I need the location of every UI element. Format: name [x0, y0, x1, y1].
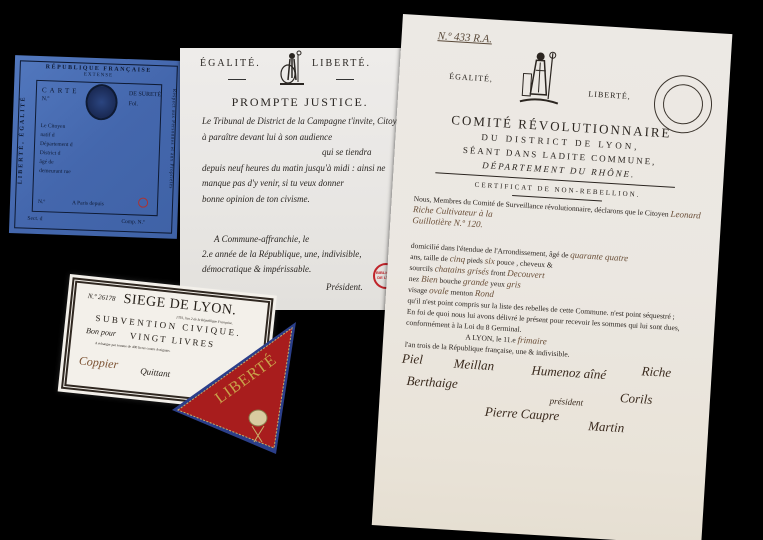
signature: Piel	[401, 351, 423, 368]
cert-yeux: gris	[506, 279, 521, 290]
card-field: demeurant rue	[39, 167, 72, 177]
card-carte-label: CARTE	[42, 86, 80, 95]
cert-signatures: Piel Meillan Humenoz aîné Riche Berthaig…	[388, 350, 702, 449]
justice-signature: Président.	[326, 282, 363, 292]
prompte-justice-document: ÉGALITÉ. LIBERTÉ. PROMPTE JUSTICE. Le Tr…	[180, 48, 420, 310]
signature: Corils	[619, 390, 652, 408]
cert-liberte: LIBERTÉ,	[588, 89, 631, 101]
signature: Berthaige	[406, 373, 458, 392]
justice-body-line: qui se tiendra	[202, 145, 408, 161]
cert-pieds-label: pieds	[467, 255, 483, 265]
card-sect-label: Sect. d	[27, 216, 42, 223]
cert-bouche-label: bouche	[439, 276, 461, 286]
divider	[228, 79, 246, 80]
card-fields: Le Citoyen natif d Département d Distric…	[39, 122, 73, 177]
card-paris-label: A Paris depuis	[72, 200, 104, 207]
signature: Humenoz aîné	[531, 363, 607, 384]
signature: Riche	[641, 363, 672, 381]
liberty-figure-icon	[276, 50, 306, 88]
cert-menton: Rond	[475, 288, 495, 299]
cert-menton-label: menton	[450, 287, 473, 297]
cert-visage: ovale	[429, 285, 449, 296]
cert-date-month: frimaire	[517, 335, 547, 347]
justice-title: PROMPTE JUSTICE.	[180, 95, 420, 110]
cert-nez: Bien	[421, 274, 438, 285]
cert-egalite: ÉGALITÉ,	[449, 72, 493, 84]
cert-sourcils-label: sourcils	[409, 263, 433, 273]
cert-taille: cinq	[449, 253, 465, 264]
justice-body: Le Tribunal de District de la Campagne t…	[202, 114, 408, 207]
justice-body-line: depuis neuf heures du matin jusqu'à midi…	[202, 161, 408, 192]
card-number-label: N.º	[42, 96, 50, 102]
card-surete-label: DE SURETÉ	[129, 91, 161, 98]
cert-nez-label: nez	[409, 274, 420, 284]
cert-pouces: six	[484, 255, 495, 266]
card-fol-label: Fol.	[128, 101, 138, 107]
carte-de-surete-card: RÉPUBLIQUE FRANÇAISE EXTENSE LIBERTÉ, ÉG…	[9, 55, 183, 239]
justice-closing-line: 2.e année de la République, une, indivis…	[202, 247, 408, 262]
justice-liberte: LIBERTÉ.	[312, 58, 371, 69]
cockade-triangle-icon: LIBERTÉ	[168, 318, 310, 458]
certificat-non-rebellion: N.º 433 R.A. ÉGALITÉ, LIBERTÉ, COMITÉ RÉ…	[372, 14, 733, 540]
liberty-figure-icon	[518, 49, 563, 109]
divider	[336, 79, 354, 80]
document-collection: RÉPUBLIQUE FRANÇAISE EXTENSE LIBERTÉ, ÉG…	[0, 0, 763, 540]
card-no2-label: N.º	[38, 199, 45, 205]
justice-body-line: bonne opinion de ton civisme.	[202, 192, 408, 208]
signature: président	[549, 396, 583, 408]
cert-front-label: front	[490, 268, 505, 278]
cert-bouche: grande	[463, 276, 489, 288]
signature: Martin	[588, 418, 625, 436]
cert-yeux-label: yeux	[490, 279, 505, 289]
liberte-cockade: LIBERTÉ	[168, 318, 310, 458]
cert-age: quarante quatre	[570, 250, 628, 264]
justice-body-line: Le Tribunal de District de la Campagne t…	[202, 114, 408, 145]
justice-egalite: ÉGALITÉ.	[200, 58, 261, 69]
signature: Pierre Caupre	[484, 404, 559, 425]
signature: Meillan	[453, 356, 494, 374]
card-comp-label: Comp. N.º	[121, 219, 144, 226]
cert-number: N.º 433 R.A.	[437, 30, 492, 45]
justice-closing-line: A Commune-affranchie, le	[202, 232, 408, 247]
cert-visage-label: visage	[408, 285, 428, 295]
cert-body: Nous, Membres du Comité de Surveillance …	[405, 193, 704, 367]
